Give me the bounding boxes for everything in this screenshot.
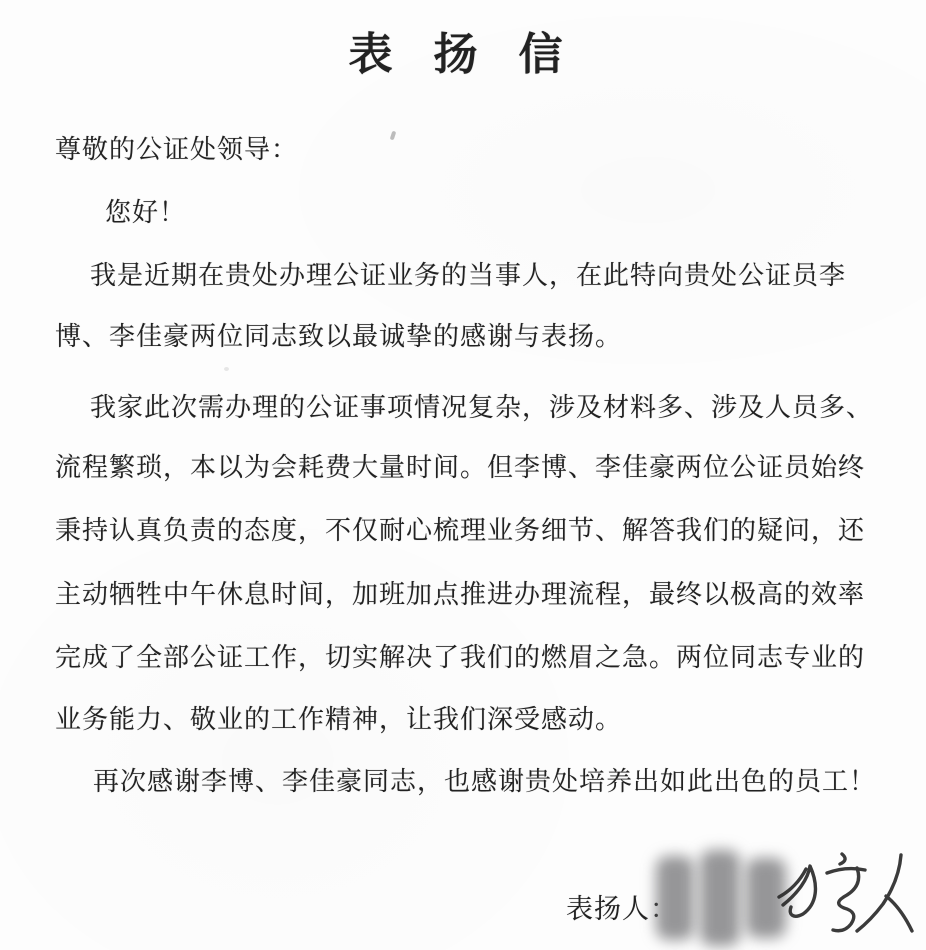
- paragraph-3-line-1: 再次感谢李博、李佳豪同志，也感谢贵处培养出如此出色的员工！: [93, 765, 876, 799]
- paragraph-2-line-3: 秉持认真负责的态度，不仅耐心梳理业务细节、解答我们的疑问，还: [55, 514, 865, 548]
- paragraph-2-line-6: 业务能力、敬业的工作精神，让我们深受感动。: [55, 703, 622, 737]
- paragraph-2-line-1: 我家此次需办理的公证事项情况复杂，涉及材料多、涉及人员多、: [90, 391, 873, 425]
- commendation-letter-page: 表 扬 信 尊敬的公证处领导： 您好！ 我是近期在贵处办理公证业务的当事人，在此…: [0, 0, 926, 950]
- redaction-blob: [656, 856, 694, 940]
- greeting-line: 您好！: [105, 196, 186, 230]
- paragraph-2-line-2: 流程繁琐，本以为会耗费大量时间。但李博、李佳豪两位公证员始终: [55, 451, 865, 485]
- redaction-blob: [700, 850, 740, 946]
- paragraph-1-line-2: 博、李佳豪两位同志致以最诚挚的感谢与表扬。: [55, 320, 622, 354]
- scan-speck: [390, 131, 397, 141]
- paragraph-1-line-1: 我是近期在贵处办理公证业务的当事人，在此特向贵处公证员李: [90, 259, 846, 293]
- scan-speck: [224, 367, 229, 371]
- paragraph-2-line-4: 主动牺牲中午休息时间，加班加点推进办理流程，最终以极高的效率: [55, 578, 865, 612]
- handwritten-family-signature: [772, 845, 926, 945]
- paragraph-2-line-5: 完成了全部公证工作，切实解决了我们的燃眉之急。两位同志专业的: [55, 641, 865, 675]
- letter-title: 表 扬 信: [0, 18, 926, 82]
- salutation-line: 尊敬的公证处领导：: [55, 133, 298, 167]
- signature-row: 表扬人：: [560, 845, 926, 950]
